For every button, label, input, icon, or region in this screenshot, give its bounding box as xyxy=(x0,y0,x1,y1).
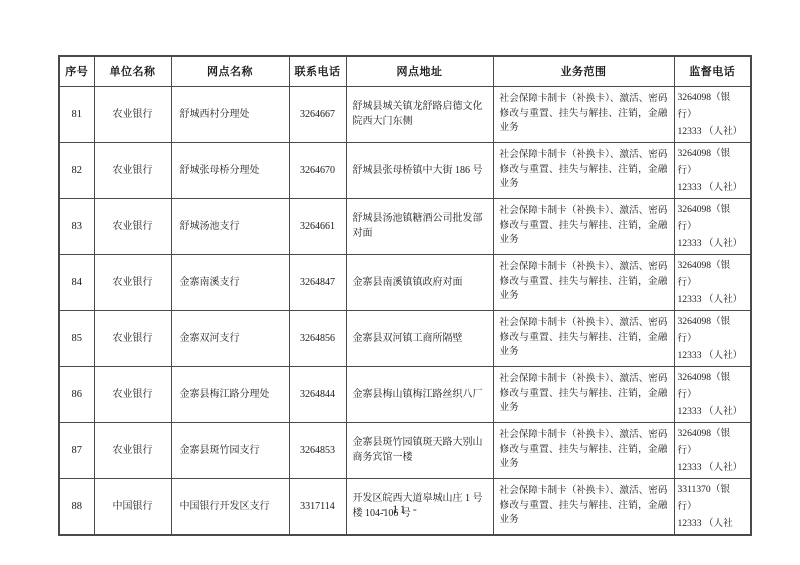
table-row: 87 农业银行 金寨县斑竹园支行 3264853 金寨县斑竹园镇斑天路大别山商务… xyxy=(59,422,751,478)
cell-supervision-phone: 3264098（银行） 12333 （人社） xyxy=(674,422,751,478)
cell-business-scope: 社会保障卡制卡（补换卡）、激活、密码修改与重置、挂失与解挂、注销，金融业务 xyxy=(493,86,674,142)
cell-contact-phone: 3264844 xyxy=(289,366,346,422)
table-row: 85 农业银行 金寨双河支行 3264856 金寨县双河镇工商所隔壁 社会保障卡… xyxy=(59,310,751,366)
cell-branch-address: 金寨县梅山镇梅江路丝织八厂 xyxy=(346,366,493,422)
cell-contact-phone: 3264847 xyxy=(289,254,346,310)
cell-supervision-phone: 3264098（银行） 12333 （人社） xyxy=(674,254,751,310)
table-row: 83 农业银行 舒城汤池支行 3264661 舒城县汤池镇糖酒公司批发部对面 社… xyxy=(59,198,751,254)
cell-serial: 87 xyxy=(59,422,94,478)
table-row: 81 农业银行 舒城西村分理处 3264667 舒城县城关镇龙舒路启德文化院西大… xyxy=(59,86,751,142)
cell-business-scope: 社会保障卡制卡（补换卡）、激活、密码修改与重置、挂失与解挂、注销，金融业务 xyxy=(493,198,674,254)
table-row: 86 农业银行 金寨县梅江路分理处 3264844 金寨县梅山镇梅江路丝织八厂 … xyxy=(59,366,751,422)
cell-unit-name: 农业银行 xyxy=(94,310,171,366)
cell-unit-name: 农业银行 xyxy=(94,422,171,478)
cell-branch-name: 舒城张母桥分理处 xyxy=(171,142,289,198)
cell-supervision-phone: 3264098（银行） 12333 （人社） xyxy=(674,142,751,198)
table-header-row: 序号 单位名称 网点名称 联系电话 网点地址 业务范围 监督电话 xyxy=(59,56,751,86)
cell-contact-phone: 3264667 xyxy=(289,86,346,142)
cell-unit-name: 农业银行 xyxy=(94,254,171,310)
cell-serial: 81 xyxy=(59,86,94,142)
cell-contact-phone: 3264856 xyxy=(289,310,346,366)
cell-business-scope: 社会保障卡制卡（补换卡）、激活、密码修改与重置、挂失与解挂、注销，金融业务 xyxy=(493,366,674,422)
column-header-branch-address: 网点地址 xyxy=(346,56,493,86)
cell-branch-name: 金寨南溪支行 xyxy=(171,254,289,310)
cell-serial: 86 xyxy=(59,366,94,422)
cell-branch-address: 舒城县张母桥镇中大街 186 号 xyxy=(346,142,493,198)
cell-supervision-phone: 3264098（银行） 12333 （人社） xyxy=(674,198,751,254)
cell-branch-name: 金寨县梅江路分理处 xyxy=(171,366,289,422)
cell-serial: 82 xyxy=(59,142,94,198)
cell-supervision-phone: 3264098（银行） 12333 （人社） xyxy=(674,86,751,142)
cell-unit-name: 农业银行 xyxy=(94,86,171,142)
cell-branch-address: 金寨县南溪镇镇政府对面 xyxy=(346,254,493,310)
cell-business-scope: 社会保障卡制卡（补换卡）、激活、密码修改与重置、挂失与解挂、注销，金融业务 xyxy=(493,254,674,310)
cell-business-scope: 社会保障卡制卡（补换卡）、激活、密码修改与重置、挂失与解挂、注销，金融业务 xyxy=(493,142,674,198)
table-row: 82 农业银行 舒城张母桥分理处 3264670 舒城县张母桥镇中大街 186 … xyxy=(59,142,751,198)
document-page: 序号 单位名称 网点名称 联系电话 网点地址 业务范围 监督电话 81 农业银行… xyxy=(0,0,800,565)
column-header-serial: 序号 xyxy=(59,56,94,86)
cell-supervision-phone: 3264098（银行） 12333 （人社） xyxy=(674,366,751,422)
cell-contact-phone: 3264853 xyxy=(289,422,346,478)
cell-branch-name: 舒城西村分理处 xyxy=(171,86,289,142)
cell-serial: 85 xyxy=(59,310,94,366)
bank-branch-table: 序号 单位名称 网点名称 联系电话 网点地址 业务范围 监督电话 81 农业银行… xyxy=(58,55,752,536)
cell-supervision-phone: 3264098（银行） 12333 （人社） xyxy=(674,310,751,366)
cell-unit-name: 农业银行 xyxy=(94,366,171,422)
cell-branch-address: 舒城县汤池镇糖酒公司批发部对面 xyxy=(346,198,493,254)
cell-contact-phone: 3264670 xyxy=(289,142,346,198)
column-header-branch-name: 网点名称 xyxy=(171,56,289,86)
cell-serial: 83 xyxy=(59,198,94,254)
column-header-contact-phone: 联系电话 xyxy=(289,56,346,86)
cell-branch-name: 舒城汤池支行 xyxy=(171,198,289,254)
cell-business-scope: 社会保障卡制卡（补换卡）、激活、密码修改与重置、挂失与解挂、注销，金融业务 xyxy=(493,310,674,366)
cell-serial: 84 xyxy=(59,254,94,310)
cell-branch-address: 舒城县城关镇龙舒路启德文化院西大门东侧 xyxy=(346,86,493,142)
page-number: - 11 - xyxy=(0,502,800,517)
column-header-unit-name: 单位名称 xyxy=(94,56,171,86)
cell-branch-address: 金寨县斑竹园镇斑天路大别山商务宾馆一楼 xyxy=(346,422,493,478)
column-header-supervision-phone: 监督电话 xyxy=(674,56,751,86)
cell-branch-name: 金寨双河支行 xyxy=(171,310,289,366)
table-row: 84 农业银行 金寨南溪支行 3264847 金寨县南溪镇镇政府对面 社会保障卡… xyxy=(59,254,751,310)
cell-unit-name: 农业银行 xyxy=(94,198,171,254)
cell-contact-phone: 3264661 xyxy=(289,198,346,254)
cell-branch-address: 金寨县双河镇工商所隔壁 xyxy=(346,310,493,366)
column-header-business-scope: 业务范围 xyxy=(493,56,674,86)
cell-branch-name: 金寨县斑竹园支行 xyxy=(171,422,289,478)
cell-unit-name: 农业银行 xyxy=(94,142,171,198)
cell-business-scope: 社会保障卡制卡（补换卡）、激活、密码修改与重置、挂失与解挂、注销，金融业务 xyxy=(493,422,674,478)
